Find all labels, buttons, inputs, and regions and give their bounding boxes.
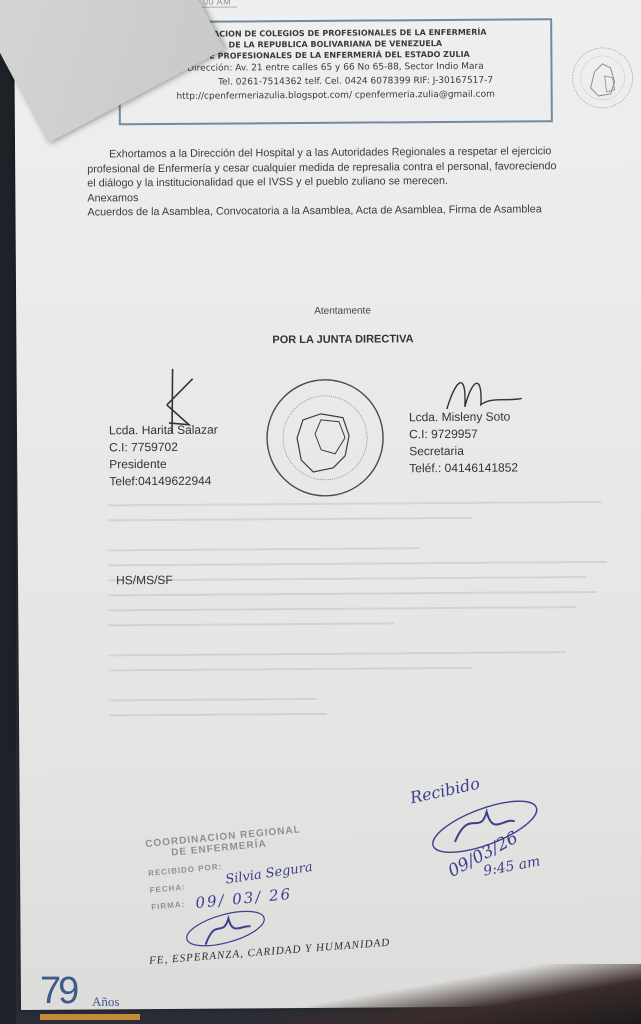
annex-list: Acuerdos de la Asamblea, Convocatoria a … [87,202,567,220]
background-edge [0,0,16,1024]
body-paragraph: Exhortamos a la Dirección del Hospital y… [87,144,567,191]
reception-signature-icon [180,906,270,952]
bleed-through-text [108,501,630,785]
official-seal-icon [263,375,388,500]
reference-initials: HS/MS/SF [116,573,173,587]
anniversary-logo: 79 Años [40,972,76,1010]
signatory-name: Lcda. Misleny Soto [409,408,518,426]
signatory-ci: C.I: 9729957 [409,425,518,443]
document-page: HORA: 10: 00 AM FEDERACION DE COLEGIOS D… [14,0,641,1010]
letterhead-web-email: http://cpenfermeriazulia.blogspot.com/ c… [121,87,551,104]
anniversary-label: Años [92,994,119,1010]
closing-salutation: Atentamente [314,306,371,317]
signatory-phone: Teléf.: 04146141852 [409,459,518,477]
signatory-role: Presidente [109,456,218,474]
signatory-role: Secretaria [409,442,518,460]
signatory-secretary: Lcda. Misleny Soto C.I: 9729957 Secretar… [409,408,518,477]
letter-body: Exhortamos a la Dirección del Hospital y… [87,144,567,220]
signatory-name: Lcda. Harita Salazar [109,422,218,440]
signatory-president: Lcda. Harita Salazar C.I: 7759702 Presid… [109,422,218,491]
board-heading: POR LA JUNTA DIRECTIVA [272,333,413,346]
colegio-zulia-logo-icon [566,42,639,115]
handwritten-receipt: Recibido 09/03/26 9:45 am [404,776,555,897]
anniversary-bar [40,1014,140,1020]
signatory-ci: C.I: 7759702 [109,439,218,457]
signatory-phone: Telef:04149622944 [109,473,218,491]
anniversary-number: 79 [40,970,76,1012]
